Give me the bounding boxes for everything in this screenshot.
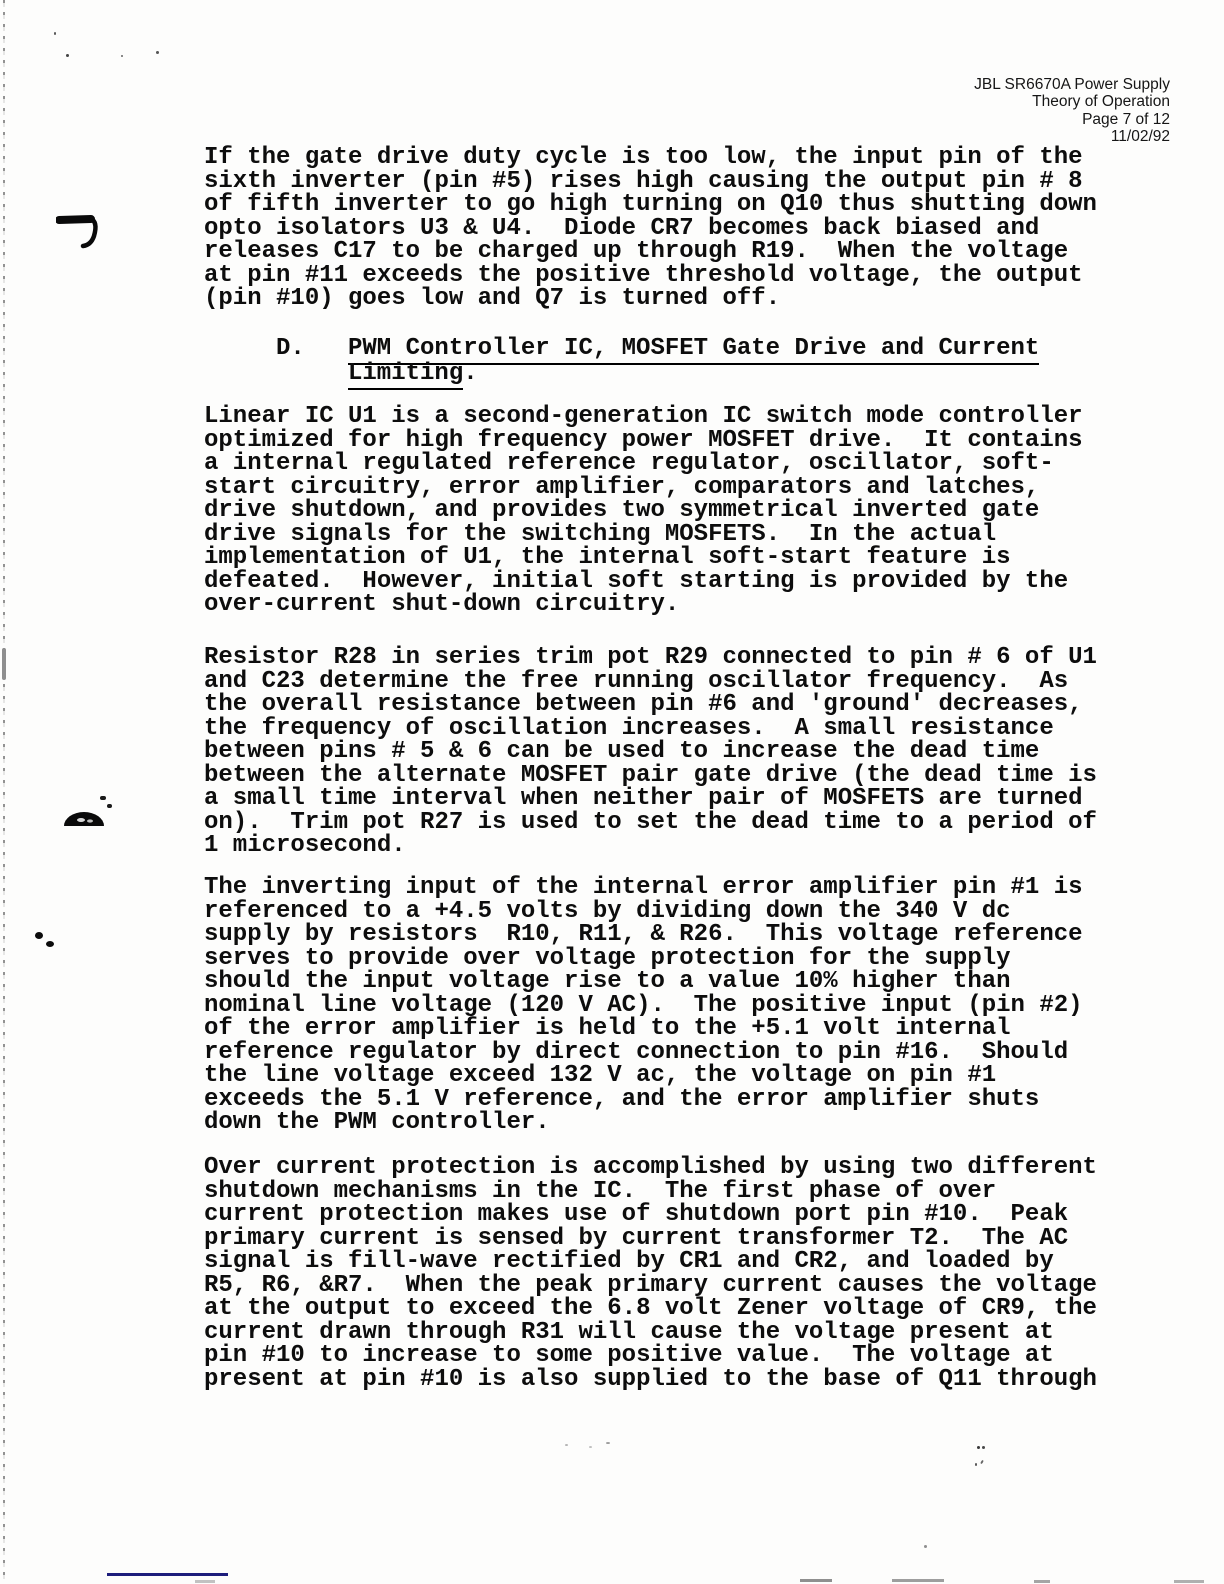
pen-line-bottom — [107, 1573, 228, 1576]
paragraph-3: Resistor R28 in series trim pot R29 conn… — [204, 646, 1097, 858]
page-header: JBL SR6670A Power Supply Theory of Opera… — [974, 76, 1170, 146]
scan-speck — [156, 51, 159, 54]
scan-edge-dotted-line — [3, 0, 5, 1584]
scan-edge-smudge — [2, 648, 6, 680]
bottom-edge-artifact — [1034, 1580, 1050, 1583]
scanned-document-page: JBL SR6670A Power Supply Theory of Opera… — [0, 0, 1224, 1584]
scan-speck — [977, 1446, 980, 1449]
scan-speck — [589, 1446, 592, 1448]
section-title-underlined-text-2: Limiting — [348, 360, 463, 390]
paragraph-4: The inverting input of the internal erro… — [204, 876, 1083, 1135]
paragraph-5: Over current protection is accomplished … — [204, 1156, 1097, 1391]
scan-speck — [980, 1460, 984, 1464]
section-title-line-2: Limiting. — [348, 362, 478, 386]
scan-speck — [982, 1446, 985, 1449]
bottom-edge-artifact — [892, 1579, 944, 1582]
section-letter: D. — [276, 337, 305, 361]
scan-speck — [606, 1442, 610, 1444]
scan-speck — [54, 32, 56, 35]
ink-dot-1 — [35, 932, 43, 939]
bottom-edge-artifact — [800, 1579, 832, 1582]
bottom-edge-artifact — [195, 1580, 215, 1583]
scan-speck — [66, 54, 69, 57]
section-title-line-1: PWM Controller IC, MOSFET Gate Drive and… — [348, 337, 1039, 361]
handwritten-ink-blob-icon — [60, 795, 118, 833]
section-title-period: . — [463, 360, 477, 387]
ink-dot-2 — [46, 941, 54, 947]
paragraph-2: Linear IC U1 is a second-generation IC s… — [204, 405, 1083, 617]
scan-speck — [975, 1463, 977, 1466]
paragraph-1: If the gate drive duty cycle is too low,… — [204, 146, 1097, 311]
scan-speck — [121, 55, 123, 57]
bottom-edge-artifact — [1174, 1580, 1204, 1583]
scan-speck — [565, 1444, 568, 1446]
handwritten-hook-mark-icon — [56, 210, 108, 254]
scan-speck — [924, 1545, 927, 1548]
